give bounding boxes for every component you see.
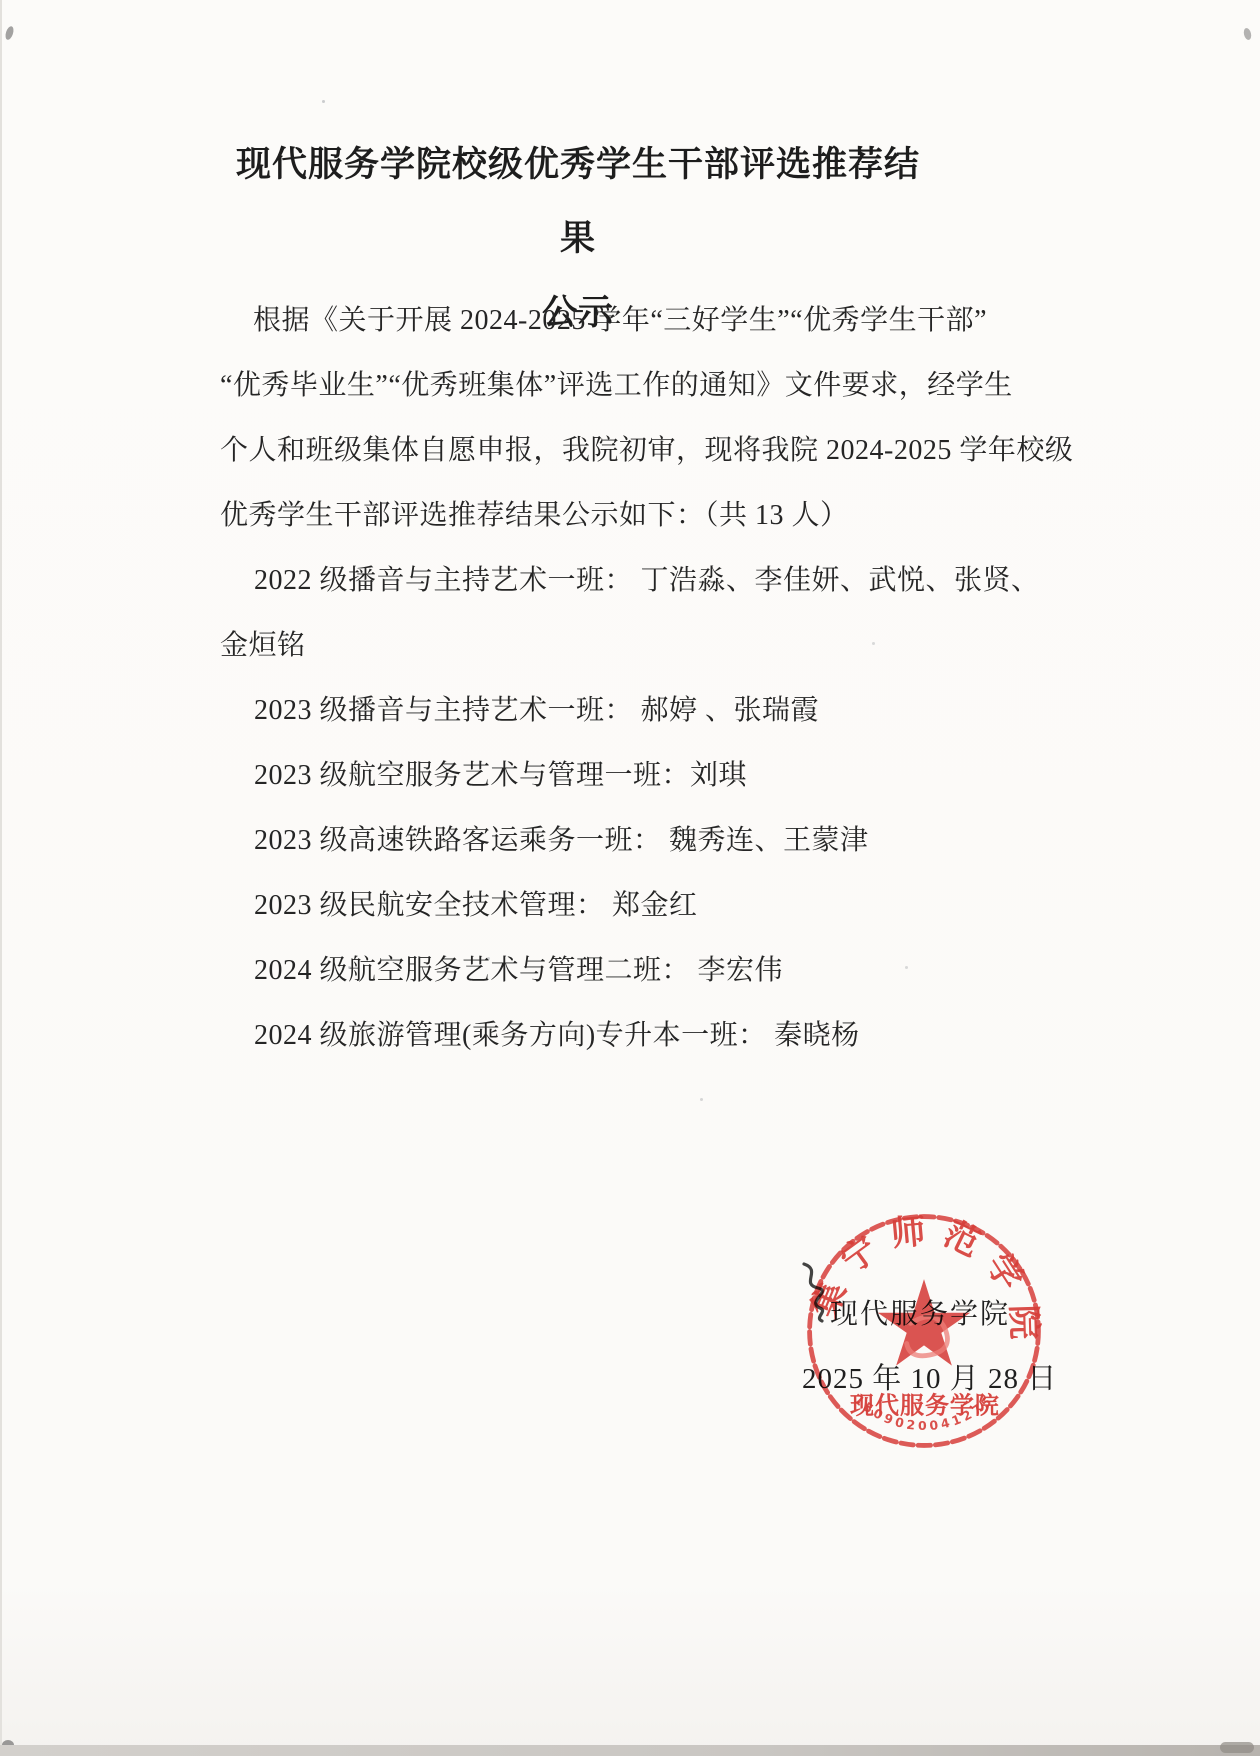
list-item: 2023 级民航安全技术管理： 郑金红: [220, 873, 936, 938]
title-line-1: 现代服务学院校级优秀学生干部评选推荐结果: [220, 128, 936, 276]
list-item: 2024 级航空服务艺术与管理二班： 李宏伟: [220, 938, 936, 1003]
pen-mark: [796, 1258, 844, 1326]
list-item: 2023 级高速铁路客运乘务一班： 魏秀连、王蒙津: [220, 808, 936, 873]
list-item: 2023 级航空服务艺术与管理一班：刘琪: [220, 743, 936, 808]
scan-edge: [0, 0, 2, 1756]
intro-line: 个人和班级集体自愿申报，我院初审，现将我院 2024-2025 学年校级: [220, 418, 936, 483]
red-star-icon: [878, 1279, 970, 1366]
list-item: 2022 级播音与主持艺术一班： 丁浩淼、李佳妍、武悦、张贤、: [220, 548, 936, 613]
intro-line: “优秀毕业生”“优秀班集体”评选工作的通知》文件要求，经学生: [220, 353, 936, 418]
scan-bottom-strip: [0, 1745, 1260, 1756]
list-item-continuation: 金烜铭: [220, 613, 936, 678]
intro-line: 优秀学生干部评选推荐结果公示如下：（共 13 人）: [220, 483, 936, 548]
document-page: 现代服务学院校级优秀学生干部评选推荐结果 公示 根据《关于开展 2024-202…: [0, 0, 1260, 1756]
document-body: 根据《关于开展 2024-2025 学年“三好学生”“优秀学生干部” “优秀毕业…: [220, 288, 936, 1068]
intro-line: 根据《关于开展 2024-2025 学年“三好学生”“优秀学生干部”: [220, 288, 936, 353]
scan-bottom-blob: [1220, 1742, 1254, 1753]
list-item: 2024 级旅游管理(乘务方向)专升本一班： 秦晓杨: [220, 1003, 936, 1068]
scan-noise: [322, 100, 325, 103]
scan-speck: [4, 25, 15, 40]
list-item: 2023 级播音与主持艺术一班： 郝婷 、张瑞霞: [220, 678, 936, 743]
scan-speck: [1243, 27, 1253, 40]
official-stamp: 集宁师范学院 现代服务学院 1509020041275: [799, 1206, 1049, 1456]
